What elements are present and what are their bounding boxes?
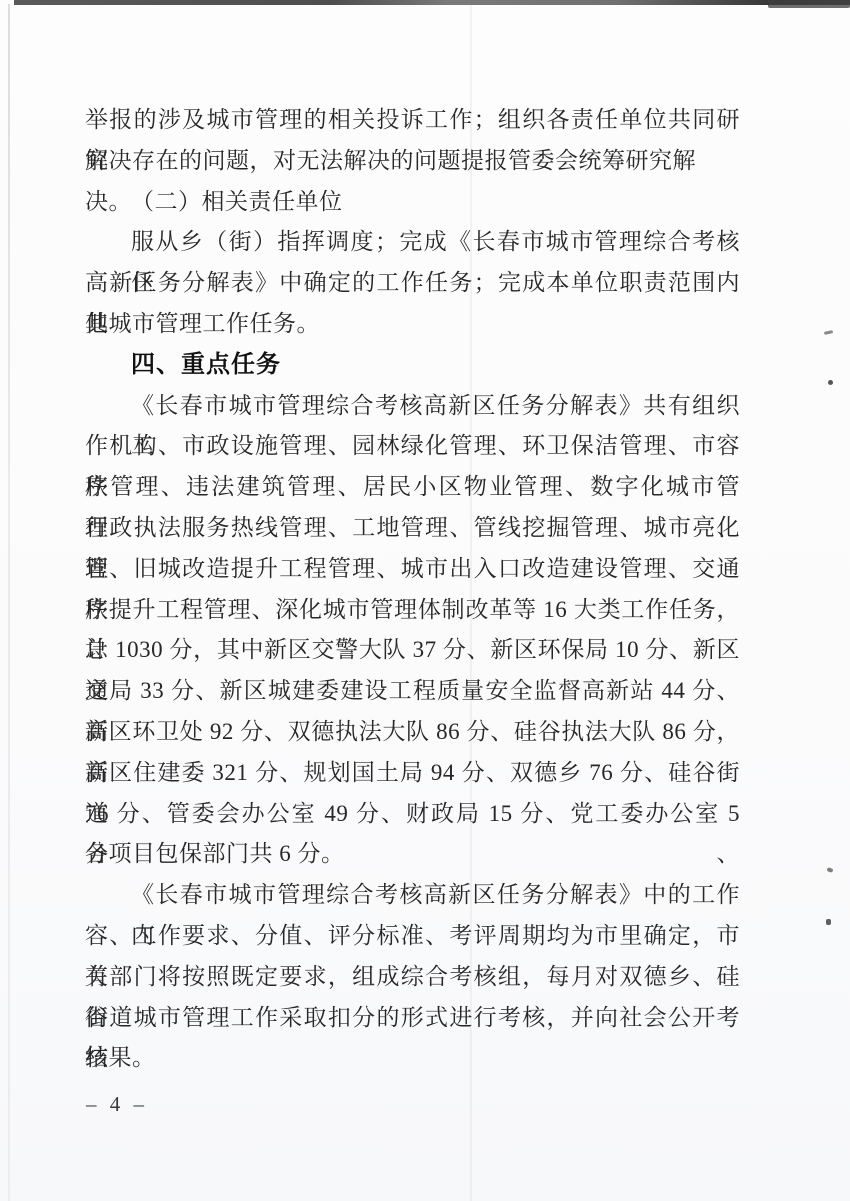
- text-line: 计 1030 分，其中新区交警大队 37 分、新区环保局 10 分、新区交: [85, 630, 740, 671]
- text-line: 通局 33 分、新区城建委建设工程质量安全监督高新站 44 分、高: [85, 671, 740, 712]
- text-line: 《长春市城市管理综合考核高新区任务分解表》中的工作内: [85, 875, 740, 916]
- text-line: 理、旧城改造提升工程管理、城市出入口改造建设管理、交通秩: [85, 549, 740, 590]
- ink-speck: [826, 867, 833, 873]
- document-lines: 举报的涉及城市管理的相关投诉工作；组织各责任单位共同研究解决存在的问题，对无法解…: [85, 100, 740, 1079]
- text-line: 街道城市管理工作采取扣分的形式进行考核，并向社会公开考核: [85, 998, 740, 1039]
- scanned-document-page: 举报的涉及城市管理的相关投诉工作；组织各责任单位共同研究解决存在的问题，对无法解…: [0, 0, 850, 1201]
- ink-speck: [828, 380, 833, 385]
- text-line: （二）相关责任单位: [85, 182, 740, 223]
- text-line: 服从乡（街）指挥调度；完成《长春市城市管理综合考核任: [85, 222, 740, 263]
- page-number: – 4 –: [86, 1092, 148, 1117]
- text-line: 序提升工程管理、深化城市管理体制改革等 16 大类工作任务，总: [85, 590, 740, 631]
- text-line: 新区住建委 321 分、规划国土局 94 分、双德乡 76 分、硅谷街道: [85, 753, 740, 794]
- text-line: 高新区务分解表》中确定的工作任务；完成本单位职责范围内其: [85, 263, 740, 304]
- text-line: 76 分、管委会办公室 49 分、财政局 15 分、党工委办公室 5 分、: [85, 794, 740, 835]
- text-line: 《长春市城市管理综合考核高新区任务分解表》共有组织工: [85, 386, 740, 427]
- text-line: 作机构、市政设施管理、园林绿化管理、环卫保洁管理、市容秩: [85, 426, 740, 467]
- scan-artifact-top-edge-right: [768, 0, 850, 8]
- text-line: 新区环卫处 92 分、双德执法大队 86 分、硅谷执法大队 86 分，高: [85, 712, 740, 753]
- text-line: 结果。: [85, 1038, 740, 1079]
- text-line: 容、工作要求、分值、评分标准、考评周期均为市里确定，市有: [85, 916, 740, 957]
- section-heading: 四、重点任务: [85, 345, 740, 386]
- text-line: 行政执法服务热线管理、工地管理、管线挖掘管理、城市亮化管: [85, 508, 740, 549]
- text-line: 关部门将按照既定要求，组成综合考核组，每月对双德乡、硅谷: [85, 957, 740, 998]
- text-line: 举报的涉及城市管理的相关投诉工作；组织各责任单位共同研究: [85, 100, 740, 141]
- ink-speck: [826, 919, 831, 925]
- text-line: 他城市管理工作任务。: [85, 304, 740, 345]
- ink-speck: [824, 330, 833, 335]
- scan-artifact-left-page-edge: [8, 4, 10, 1201]
- text-line: 序管理、违法建筑管理、居民小区物业管理、数字化城市管理、: [85, 467, 740, 508]
- scan-artifact-top-edge: [14, 0, 850, 5]
- text-line: 解决存在的问题，对无法解决的问题提报管委会统筹研究解决。: [85, 141, 740, 182]
